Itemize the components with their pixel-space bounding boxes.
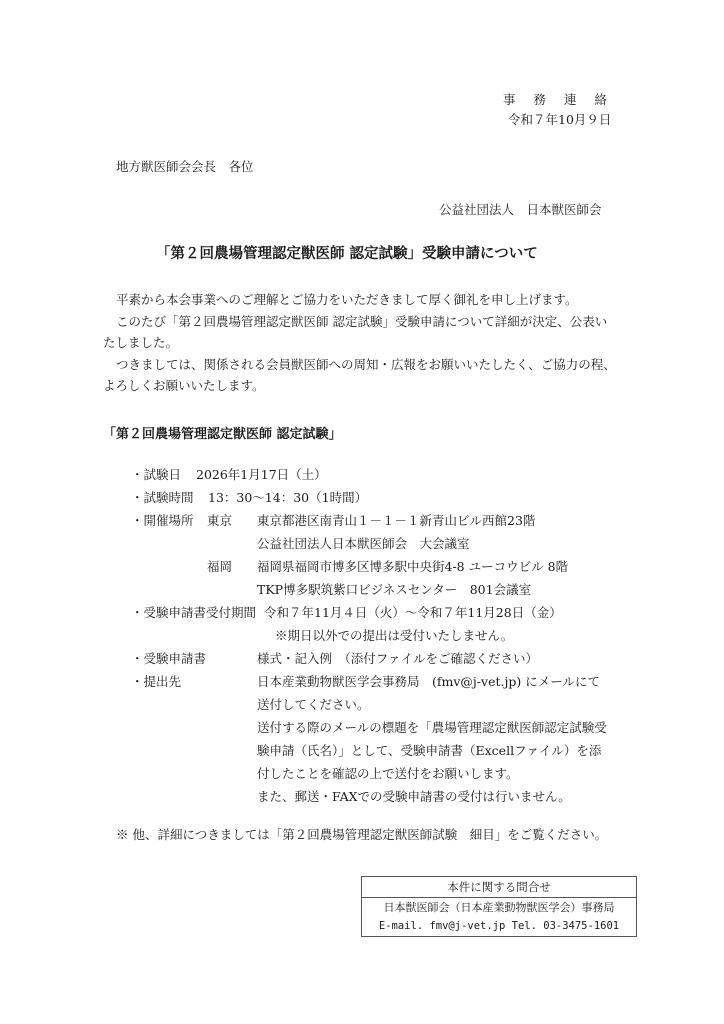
submit-to-line: 付したことを確認の上で送付をお願いします。 xyxy=(257,766,519,782)
doc-type-label: 事務連絡 xyxy=(503,92,625,108)
paragraph-request-line1: つきましては、関係される会員獣医師への周知・広報をお願いいたしたく、ご協力の程、 xyxy=(116,357,616,373)
exam-date-value: 2026年1月17日（土） xyxy=(196,467,327,483)
footer-note: ※ 他、詳細につきましては「第２回農場管理認定獣医師試験 細目」をご覧ください。 xyxy=(116,827,607,843)
exam-time-value: 13：30～14：30（1時間） xyxy=(208,490,367,506)
issue-date: 令和７年10月９日 xyxy=(508,112,611,128)
venue-fukuoka-city: 福岡 xyxy=(207,559,232,575)
submit-to-line: 験申請（氏名）」として、受験申請書（Excellファイル）を添 xyxy=(257,743,601,759)
addressee: 地方獣医師会会長 各位 xyxy=(116,159,254,175)
application-form-value: 様式・記入例 （添付ファイルをご確認ください） xyxy=(257,651,538,667)
paragraph-greeting: 平素から本会事業へのご理解とご協力をいただきまして厚く御礼を申し上げます。 xyxy=(116,292,578,308)
application-period-label: ・受験申請書受付期間 xyxy=(131,605,256,621)
exam-time-label: ・試験時間 xyxy=(131,490,194,506)
submit-to-line: 送付する際のメールの標題を「農場管理認定獣医師認定試験受 xyxy=(257,720,607,736)
paragraph-announcement-line2: たしました。 xyxy=(103,335,178,351)
sender-organization: 公益社団法人 日本獣医師会 xyxy=(439,202,602,218)
paragraph-request-line2: よろしくお願いいたします。 xyxy=(103,378,265,394)
venue-tokyo-city: 東京 xyxy=(207,513,232,529)
paragraph-announcement-line1: このたび「第２回農場管理認定獣医師 認定試験」受験申請について詳細が決定、公表い xyxy=(116,314,607,330)
contact-organization: 日本獣医師会（日本産業動物獣医学会）事務局 xyxy=(362,898,636,917)
venue-tokyo-address: 東京都港区南青山１－１－１新青山ビル西館23階 xyxy=(257,513,535,529)
contact-box: 本件に関する問合せ 日本獣医師会（日本産業動物獣医学会）事務局 E-mail. … xyxy=(361,876,637,937)
venue-tokyo-room: 公益社団法人日本獣医師会 大会議室 xyxy=(257,536,470,552)
application-form-label: ・受験申請書 xyxy=(131,651,206,667)
section-title: 「第２回農場管理認定獣医師 認定試験」 xyxy=(103,426,342,443)
submit-to-label: ・提出先 xyxy=(131,674,181,690)
document-title: 「第２回農場管理認定獣医師 認定試験」受験申請について xyxy=(156,245,538,263)
venue-label: ・開催場所 xyxy=(131,513,194,529)
submit-to-line: また、郵送・FAXでの受験申請書の受付は行いません。 xyxy=(257,789,571,805)
contact-email-tel: E-mail. fmv@j-vet.jp Tel. 03-3475-1601 xyxy=(362,917,636,936)
submit-to-line: 送付してください。 xyxy=(257,697,370,713)
venue-fukuoka-address: 福岡県福岡市博多区博多駅中央街4-8 ユーコウビル 8階 xyxy=(257,559,568,575)
venue-fukuoka-room: TKP博多駅筑紫口ビジネスセンター 801会議室 xyxy=(257,582,531,598)
contact-header: 本件に関する問合せ xyxy=(362,877,636,898)
application-period-note: ※期日以外での提出は受付いたしません。 xyxy=(275,628,513,644)
application-period-value: 令和７年11月４日（火）～令和７年11月28日（金） xyxy=(264,605,562,621)
exam-date-label: ・試験日 xyxy=(131,467,181,483)
submit-to-line: 日本産業動物獣医学会事務局 (fmv@j-vet.jp) にメールにて xyxy=(257,674,600,690)
